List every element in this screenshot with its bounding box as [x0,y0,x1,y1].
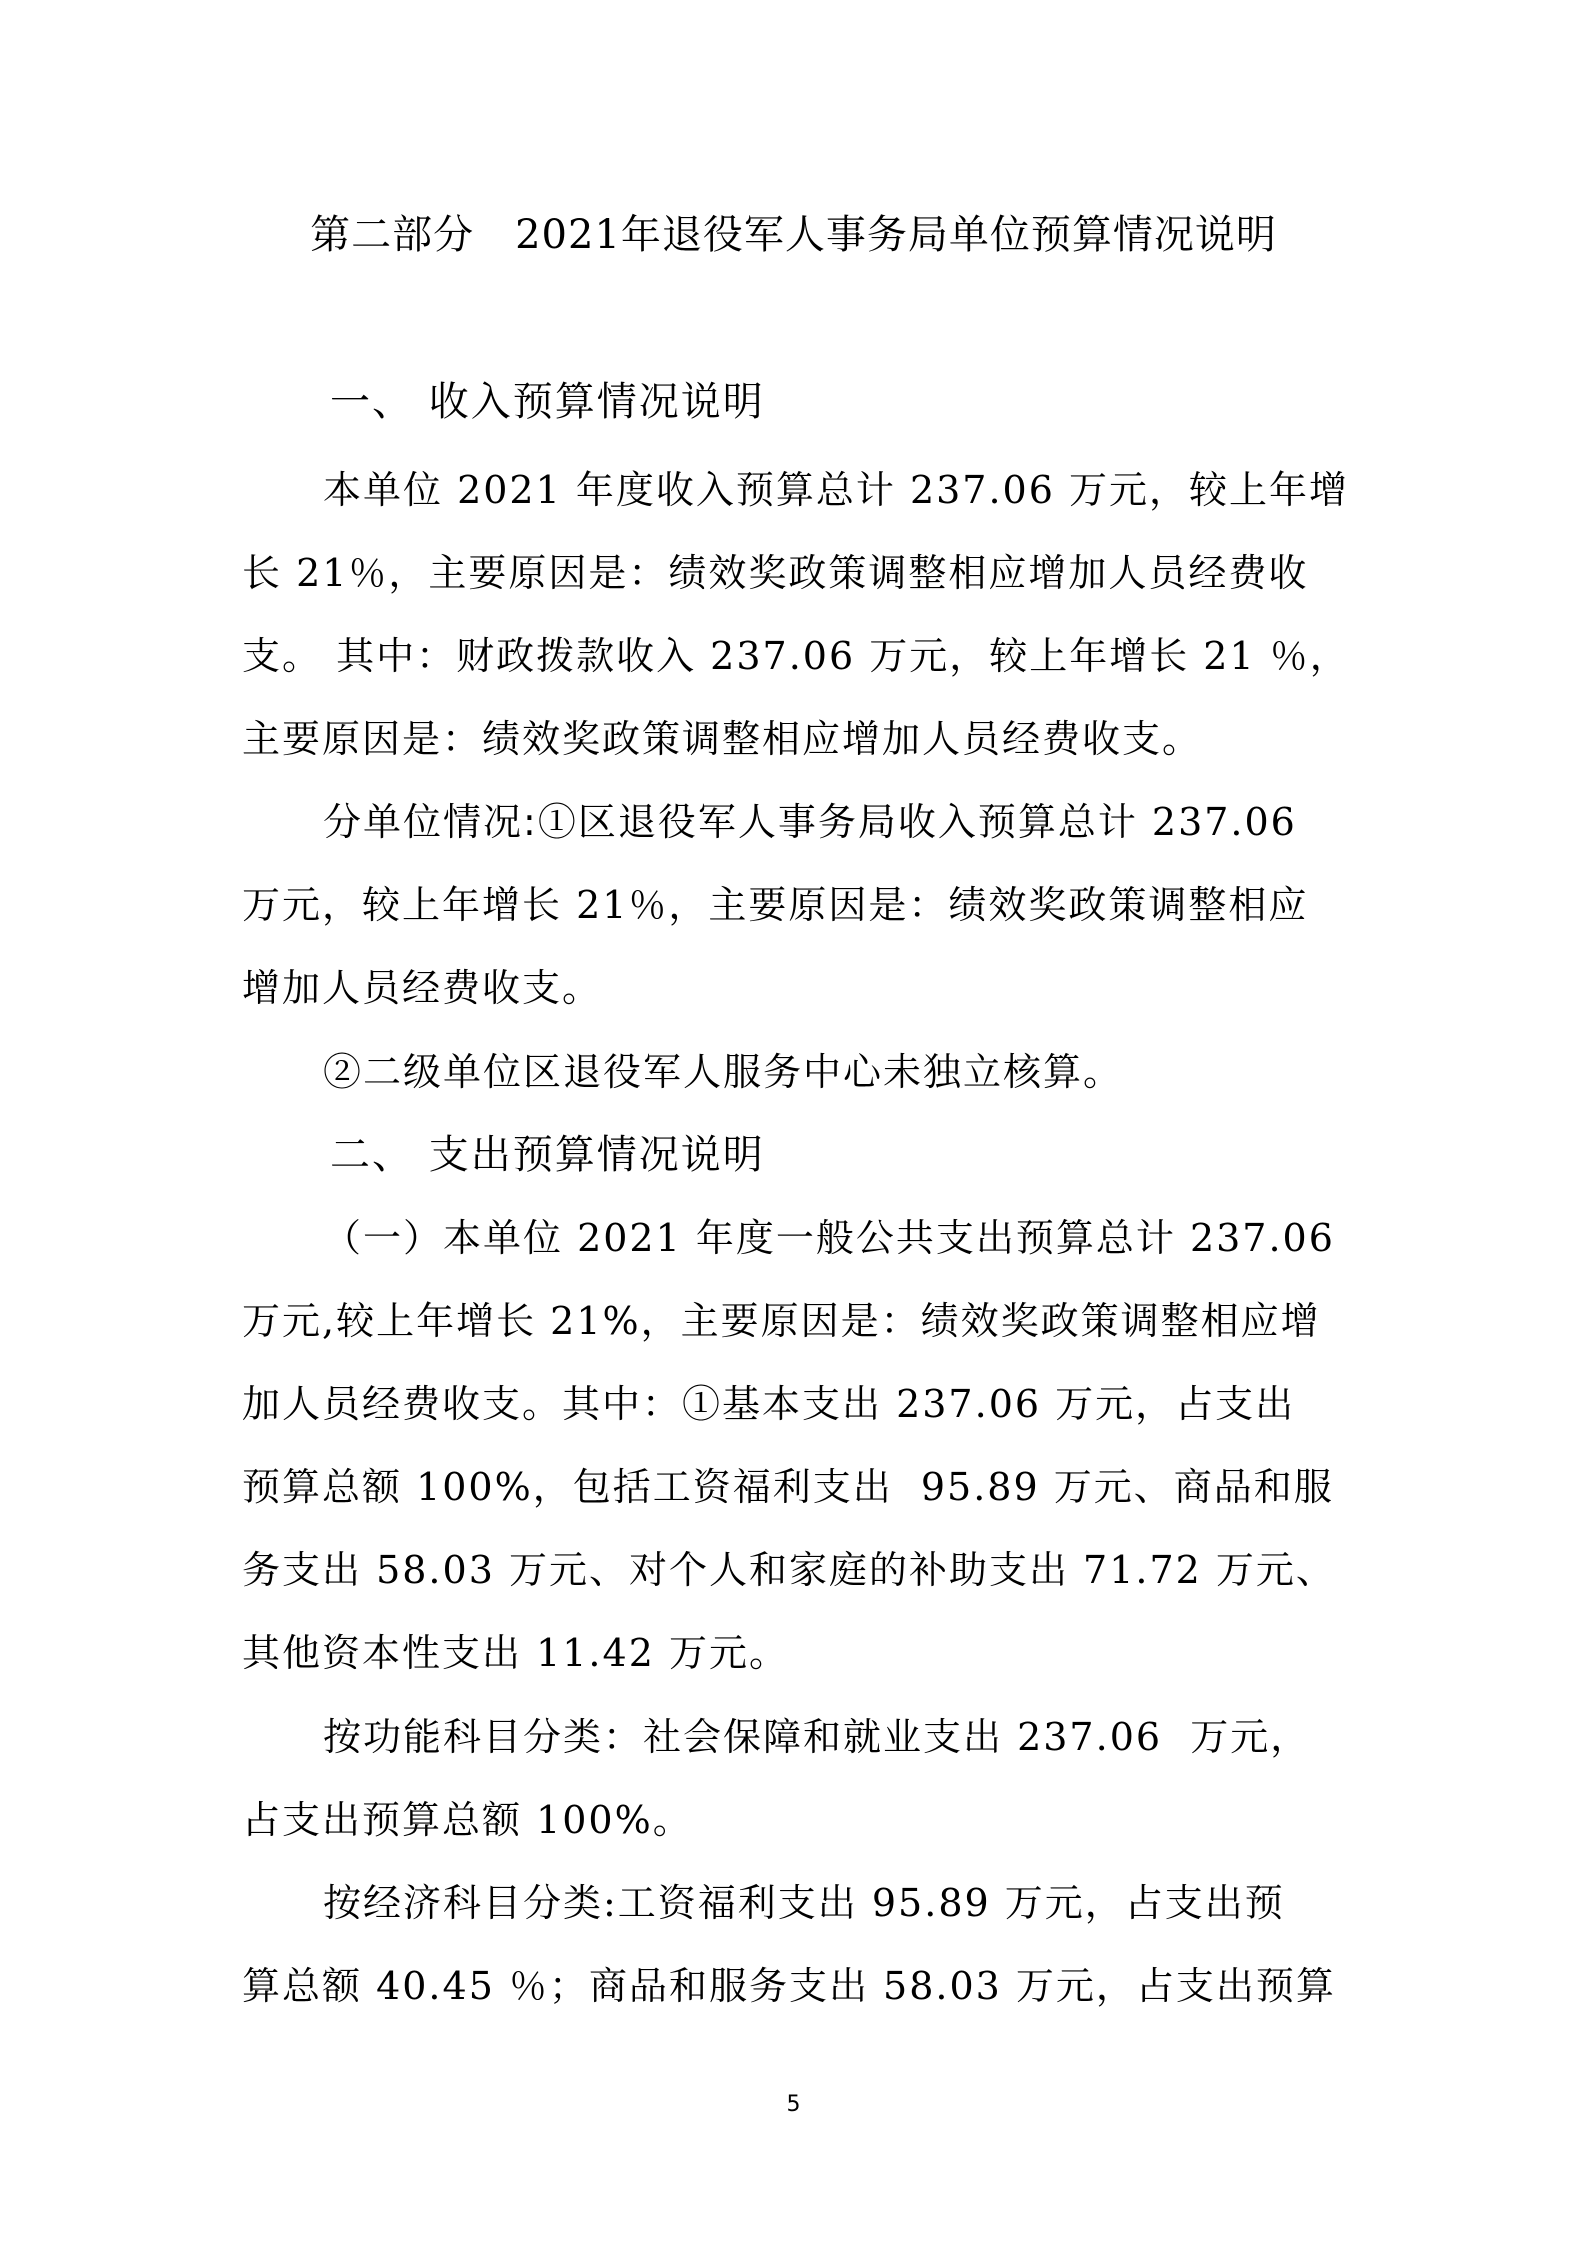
page-title: 第二部分 2021年退役军人事务局单位预算情况说明 [0,205,1587,265]
paragraph-line: 万元，较上年增长 21％，主要原因是：绩效奖政策调整相应 [242,875,1352,935]
unit-breakdown-text: ①区退役军人事务局收入预算总计 237.06 [538,800,1297,844]
paragraph-line: 加人员经费收支。其中：①基本支出 237.06 万元，占支出 [242,1374,1352,1434]
paragraph-line: ②二级单位区退役军人服务中心未独立核算。 [323,1042,1433,1102]
section-heading-income: 一、 收入预算情况说明 [330,372,765,432]
paragraph-line: 按经济科目分类:工资福利支出 95.89 万元，占支出预 [323,1873,1433,1933]
paragraph-line: 按功能科目分类：社会保障和就业支出 237.06 万元， [323,1707,1433,1767]
paragraph-line: 增加人员经费收支。 [242,958,1352,1018]
paragraph-line: 长 21％，主要原因是：绩效奖政策调整相应增加人员经费收 [242,543,1352,603]
unit-breakdown-label: 分单位情况: [323,800,538,844]
paragraph-line: 其他资本性支出 11.42 万元。 [242,1623,1352,1683]
paragraph-line: （一）本单位 2021 年度一般公共支出预算总计 237.06 [323,1208,1433,1268]
paragraph-line: 占支出预算总额 100%。 [242,1790,1352,1850]
section-heading-expenditure: 二、 支出预算情况说明 [330,1125,765,1185]
page-number: 5 [0,2090,1587,2120]
paragraph-line: 务支出 58.03 万元、对个人和家庭的补助支出 71.72 万元、 [242,1540,1352,1600]
paragraph-line: 主要原因是：绩效奖政策调整相应增加人员经费收支。 [242,709,1352,769]
paragraph-line: 预算总额 100%，包括工资福利支出 95.89 万元、商品和服 [242,1457,1352,1517]
paragraph-line: 支。 其中：财政拨款收入 237.06 万元，较上年增长 21 ％， [242,626,1352,686]
paragraph-line: 本单位 2021 年度收入预算总计 237.06 万元，较上年增 [323,460,1433,520]
paragraph-line: 算总额 40.45 ％；商品和服务支出 58.03 万元，占支出预算 [242,1956,1352,2016]
paragraph-line: 万元,较上年增长 21%，主要原因是：绩效奖政策调整相应增 [242,1291,1352,1351]
paragraph-line: 分单位情况:①区退役军人事务局收入预算总计 237.06 [323,792,1433,852]
